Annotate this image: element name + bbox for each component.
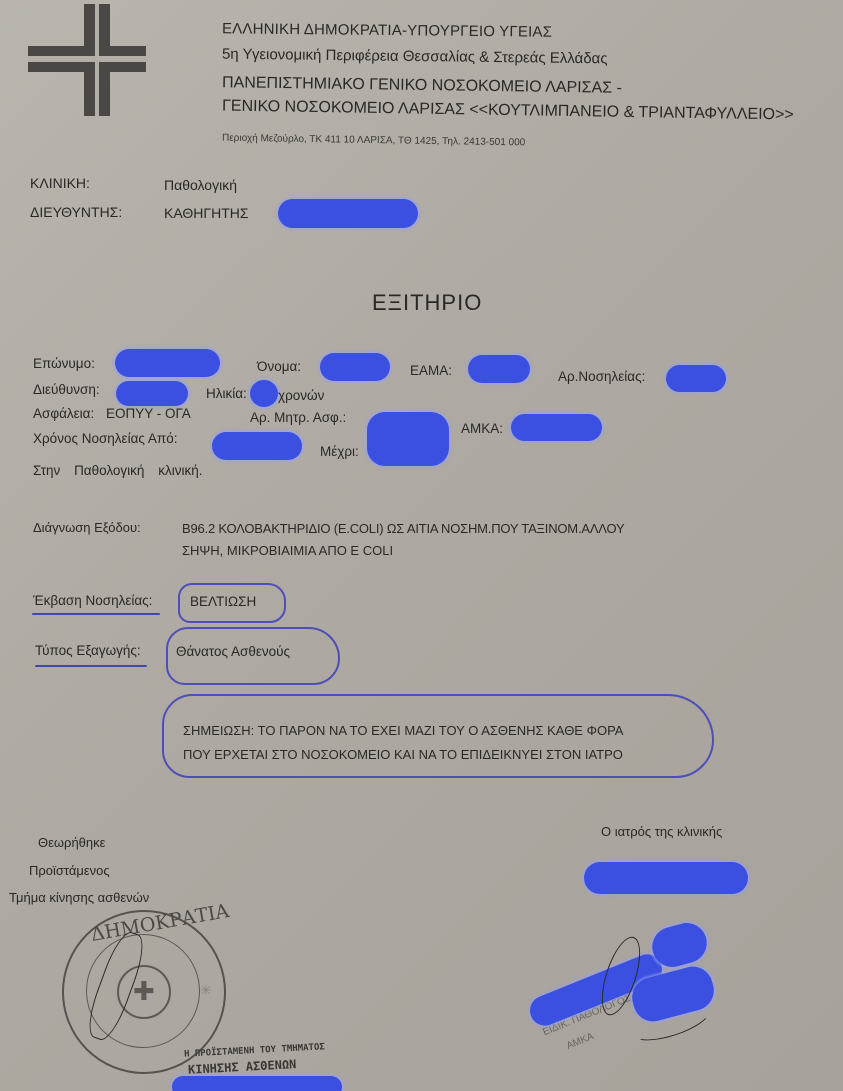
surname-label: Επώνυμο: — [33, 356, 95, 371]
discharge-type-label: Τύπος Εξαγωγής: — [35, 643, 141, 658]
note-line-2: ΠΟΥ ΕΡΧΕΤΑΙ ΣΤΟ ΝΟΣΟΚΟΜΕΙΟ ΚΑΙ ΝΑ ΤΟ ΕΠΙ… — [183, 747, 623, 762]
outcome-label: Έκβαση Νοσηλείας: — [33, 593, 152, 608]
stay-from-label: Χρόνος Νοσηλείας Από: — [33, 431, 177, 446]
note-line-1: ΣΗΜΕΙΩΣΗ: ΤΟ ΠΑΡΟΝ ΝΑ ΤΟ ΕΧΕΙ ΜΑΖΙ ΤΟΥ Ο… — [183, 723, 623, 738]
header-hospital-name-2: ΓΕΝΙΚΟ ΝΟΣΟΚΟΜΕΙΟ ΛΑΡΙΣΑΣ <<ΚΟΥΤΛΙΜΠΑΝΕΙ… — [222, 98, 794, 125]
amka-label: ΑΜΚΑ: — [461, 421, 503, 436]
outcome-underline — [32, 613, 160, 615]
redaction-stay-from — [212, 432, 302, 460]
age-label: Ηλικία: — [206, 386, 247, 401]
redaction-admission-number — [666, 365, 726, 392]
stay-to-label: Μέχρι: — [320, 444, 359, 459]
ward-word-2: Παθολογική — [74, 463, 144, 478]
stamp-bottom-line-2: ΚΙΝΗΣΗΣ ΑΣΘΕΝΩΝ — [188, 1057, 297, 1077]
eama-label: ΕΑΜΑ: — [410, 363, 452, 378]
discharge-type-underline — [35, 665, 147, 667]
director-value: ΚΑΘΗΓΗΤΗΣ — [164, 205, 249, 221]
insurance-reg-label: Αρ. Μητρ. Ασφ.: — [250, 410, 346, 425]
redaction-amka — [511, 414, 602, 441]
ward-word-1: Στην — [33, 463, 60, 478]
redaction-name — [320, 353, 390, 381]
ward-line: Στην Παθολογική κλινική. — [33, 463, 202, 478]
clinic-value: Παθολογική — [164, 177, 237, 193]
header-hospital-name: ΠΑΝΕΠΙΣΤΗΜΙΑΚΟ ΓΕΝΙΚΟ ΝΟΣΟΚΟΜΕΙΟ ΛΑΡΙΣΑΣ… — [222, 74, 622, 98]
redaction-eama — [468, 355, 530, 383]
diagnosis-line-2: ΣΗΨΗ, ΜΙΚΡΟΒΙΑΙΜΙΑ ΑΠΟ Ε COLI — [182, 543, 393, 558]
name-label: Όνομα: — [257, 359, 301, 374]
redaction-surname — [115, 349, 220, 377]
discharge-type-value: Θάνατος Ασθενούς — [176, 644, 290, 659]
document-title: ΕΞΙΤΗΡΙΟ — [372, 290, 482, 316]
greek-cross-icon: ✚ — [133, 976, 155, 1007]
doctor-title: Ο ιατρός της κλινικής — [601, 824, 722, 839]
redaction-age — [250, 380, 278, 407]
outcome-value: ΒΕΛΤΙΩΣΗ — [190, 594, 256, 609]
hospital-logo-cross-icon — [28, 4, 146, 120]
header-ministry: ΕΛΛΗΝΙΚΗ ΔΗΜΟΚΡΑΤΙΑ-ΥΠΟΥΡΓΕΙΟ ΥΓΕΙΑΣ — [222, 20, 552, 40]
diagnosis-line-1: B96.2 ΚΟΛΟΒΑΚΤΗΡΙΔΙΟ (E.COLI) ΩΣ ΑΙΤΙΑ Ν… — [182, 521, 624, 536]
insurance-label: Ασφάλεια: — [33, 406, 94, 421]
signature-left-line-1: Θεωρήθηκε — [38, 835, 105, 850]
address-label: Διεύθυνση: — [33, 382, 100, 397]
redaction-director-name — [278, 199, 418, 228]
header-address: Περιοχή Μεζούρλο, ΤΚ 411 10 ΛΑΡΙΣΑ, ΤΘ 1… — [222, 133, 525, 149]
redaction-insurance-reg-and-end-date — [367, 412, 449, 466]
insurance-value: ΕΟΠΥΥ - ΟΓΑ — [106, 406, 191, 421]
diagnosis-label: Διάγνωση Εξόδου: — [33, 520, 141, 535]
signature-left-line-3: Τμήμα κίνησης ασθενών — [9, 890, 149, 905]
clinic-label: ΚΛΙΝΙΚΗ: — [30, 175, 90, 191]
director-label: ΔΙΕΥΘΥΝΤΗΣ: — [30, 204, 122, 220]
age-unit: χρονών — [278, 388, 324, 403]
header-health-region: 5η Υγειονομική Περιφέρεια Θεσσαλίας & Στ… — [222, 46, 608, 68]
ward-word-3: κλινική. — [158, 463, 202, 478]
signature-left-line-2: Προϊστάμενος — [29, 863, 110, 878]
redaction-stamp-name — [172, 1076, 342, 1091]
doctor-stamp-amka: ΑΜΚΑ — [565, 1031, 595, 1052]
star-mark: ✳ — [200, 982, 212, 999]
admission-number-label: Αρ.Νοσηλείας: — [558, 369, 645, 384]
redaction-address — [116, 381, 188, 406]
redaction-doctor-name — [584, 862, 748, 894]
